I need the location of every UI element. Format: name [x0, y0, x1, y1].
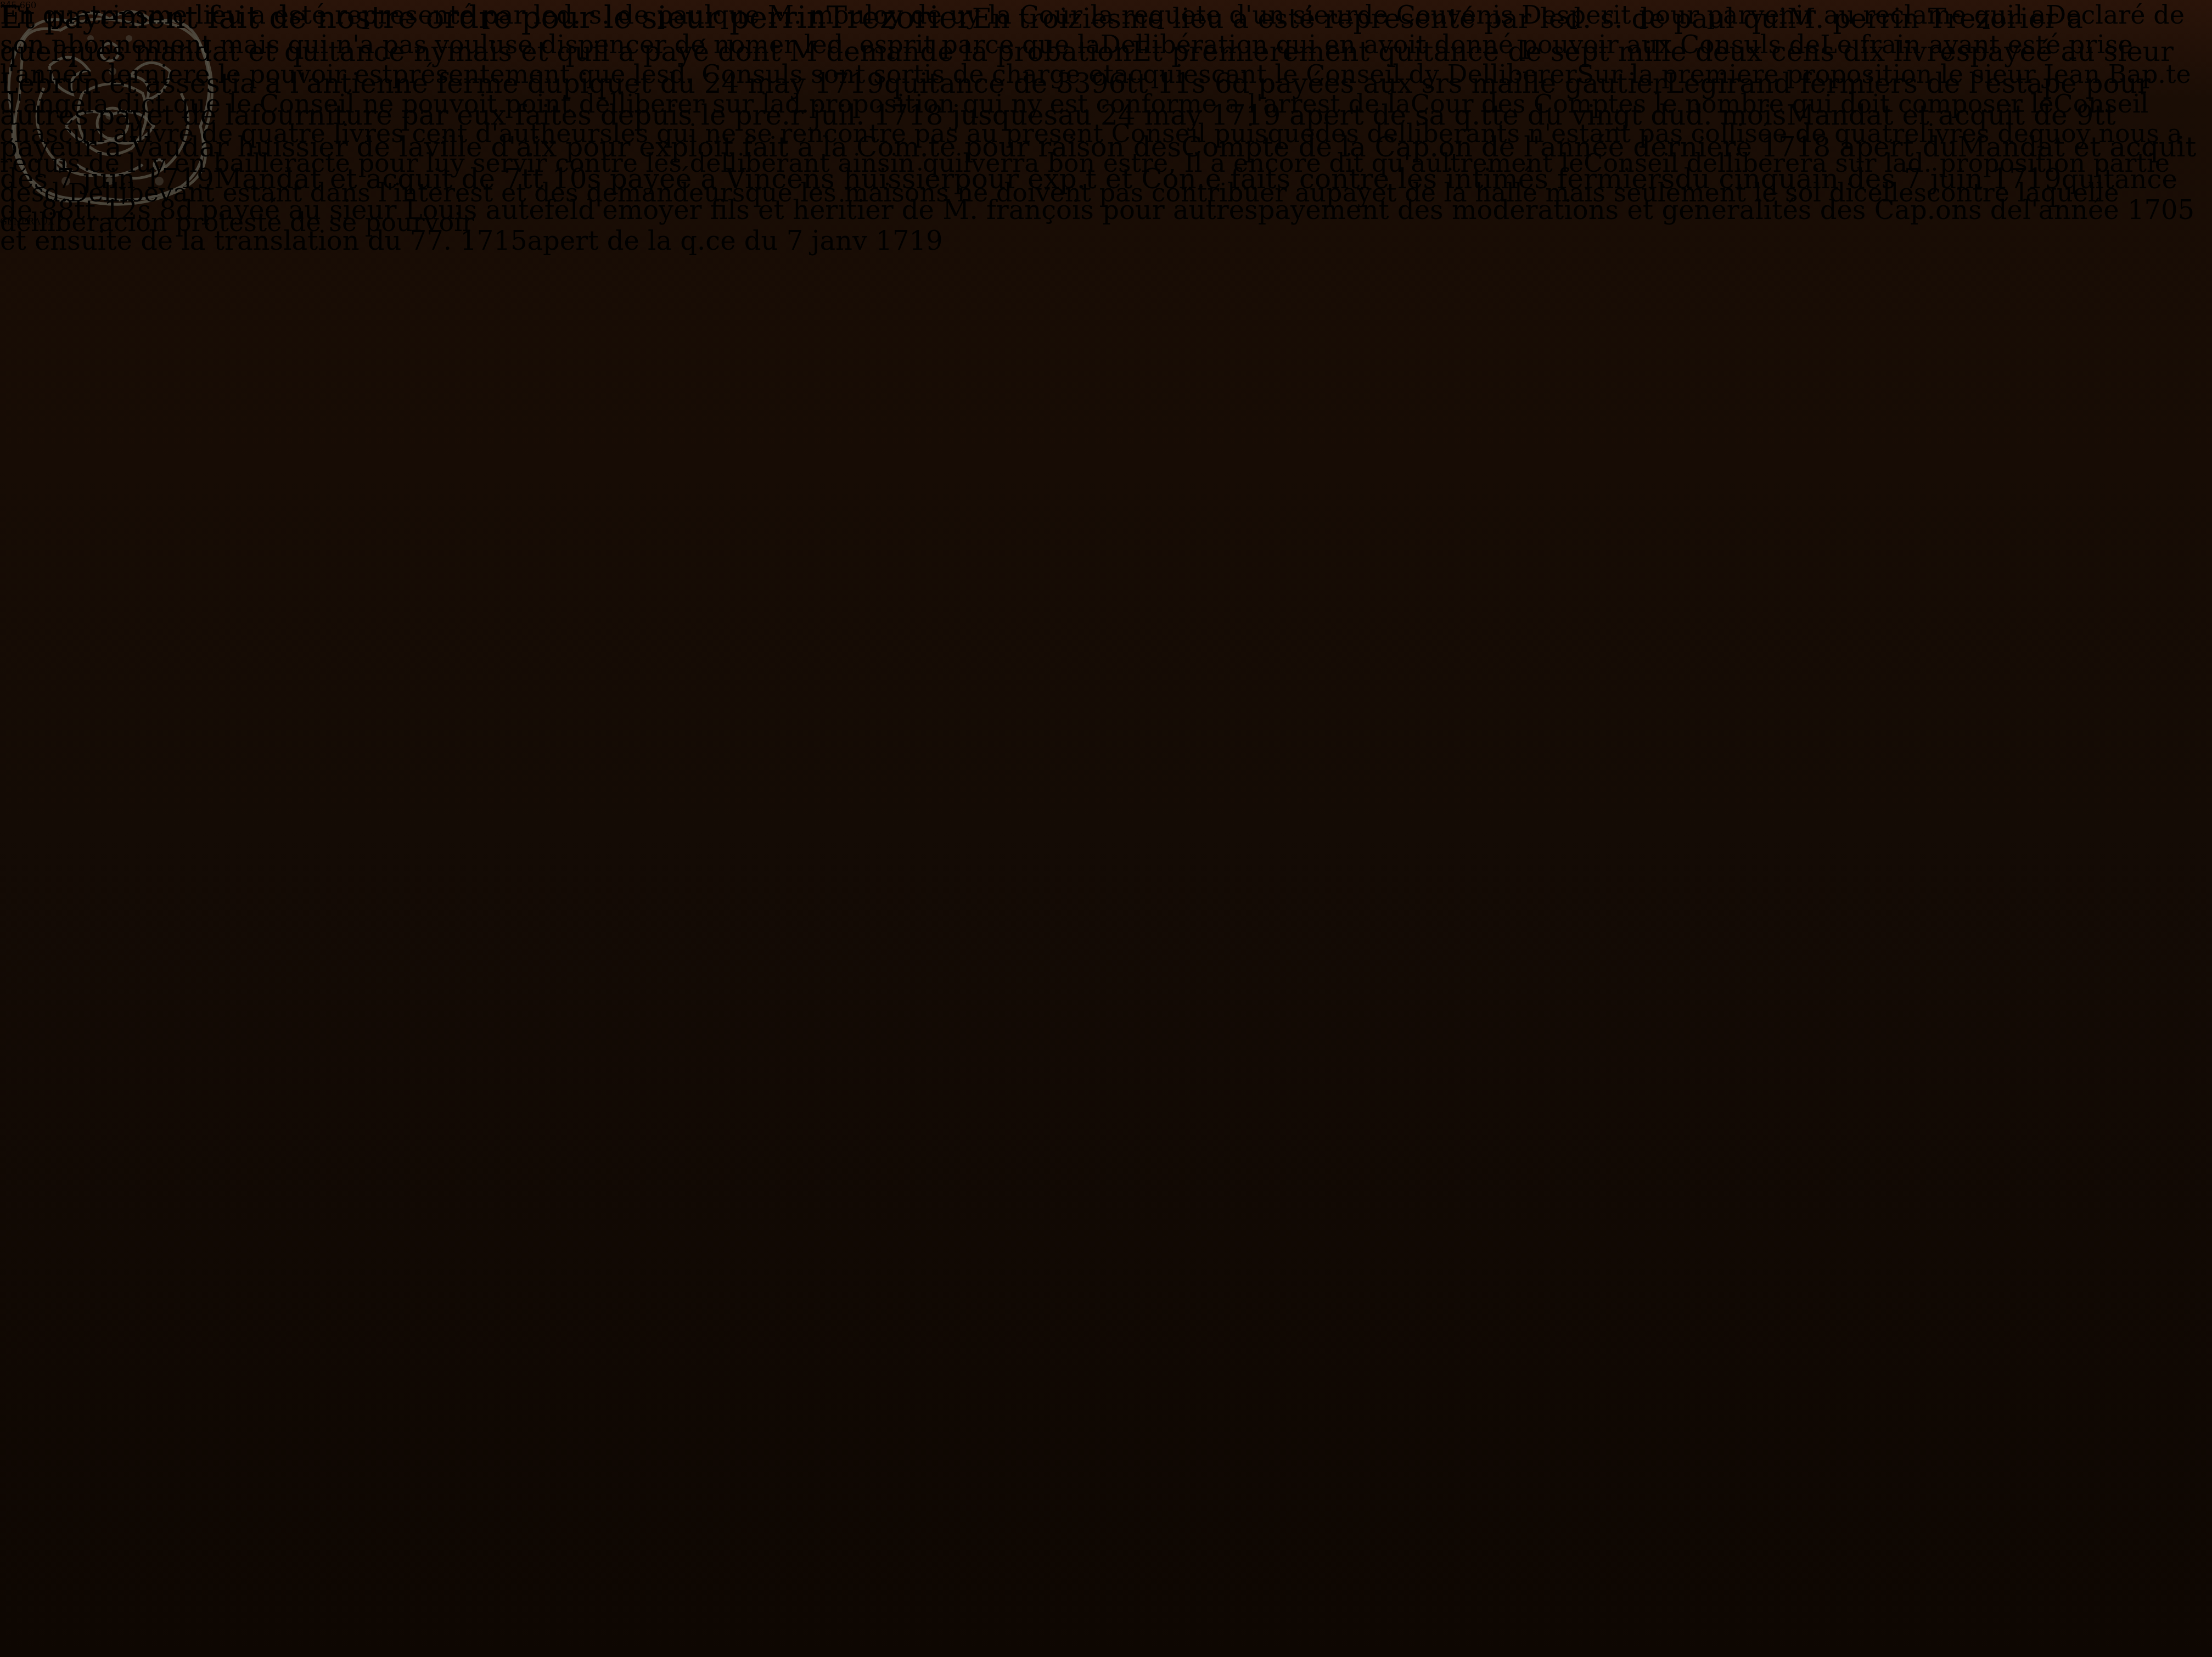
manuscript-line: présentement que lesd. Consuls sont sort…	[392, 59, 1114, 89]
manuscript-line: acte pour luy servir contre les delliber…	[296, 148, 971, 178]
photo-open-manuscript-register: GENERAUX 845 660 Et payement fait de nos…	[0, 0, 2212, 1657]
manuscript-line: Conseil chascun allivré de quatre livres…	[0, 89, 2148, 148]
manuscript-line: les qui ne se rencontre pas au present C…	[613, 119, 1315, 148]
manuscript-line: proposition qui ny est conforme a l'arre…	[809, 89, 1411, 119]
right-page-text: En quatriesme lieu a esté representé par…	[0, 0, 2212, 1657]
manuscript-line: payement des moderations et generalités …	[1258, 195, 2023, 226]
manuscript-line: apert de la q.ce du 7 janv 1719	[527, 226, 942, 256]
manuscript-line: livres dequoy nous a requis de luy en ba…	[0, 119, 2182, 178]
manuscript-line: pour exp.t et Con.e faits contre les int…	[954, 163, 1675, 195]
manuscript-line: du cinquain des 7 juin 1719	[1675, 163, 2061, 195]
manuscript-line: Conseil delliberera sur lad. proposition…	[0, 148, 2170, 207]
manuscript-line: contre laquelle delliberacion proteste d…	[0, 178, 2119, 237]
manuscript-line: payeé au sieur Lebrun et assestia a l'an…	[0, 36, 2174, 99]
manuscript-line: verra bon estre, Il a encore dit qu'ault…	[971, 148, 1584, 178]
manuscript-line: Mandat et acquit de 7tt 10s payeé a Vinc…	[214, 163, 954, 195]
manuscript-line: Mandat et acquit des 7 juin 1719	[0, 131, 2196, 195]
left-page-text: Et payement fait de nostre ordre pour le…	[0, 0, 2212, 1657]
manuscript-line: Compte de la Cap.on de l'année derniere …	[1181, 131, 1958, 163]
manuscript-line: des delliberants n'estant pas collisée d…	[1315, 119, 1919, 148]
manuscript-line: Mandat et acquit de 9tt payeur a Vaudar …	[0, 99, 2116, 163]
manuscript-line: que les maisons ne doivent pas contribue…	[745, 178, 1326, 207]
manuscript-line: quitance de 3396tt 11s 6d payées aux srs…	[884, 68, 1666, 99]
manuscript-line: Le frain ayant esté prise l'année dernie…	[0, 30, 2133, 89]
manuscript-line: ville d'aix pour exploit fait a la Com.t…	[424, 131, 1181, 163]
manuscript-line: mais et quil a payé dont M demande la pr…	[447, 36, 1132, 68]
fiscal-stamp-generaux: GENERAUX	[0, 0, 225, 227]
manuscript-line: payet de la halle mais seulement le sol …	[1326, 178, 1927, 207]
manuscript-line: Et premierement quitance de sept mille d…	[1132, 36, 1970, 68]
manuscript-line: piquet du 24 may 1719	[563, 68, 884, 99]
table-background-top	[0, 0, 2212, 38]
manuscript-line: Sur la premiere proposition le sieur Jea…	[0, 59, 2191, 119]
stamp-word-generaux: GENERAUX	[0, 216, 54, 227]
manuscript-line: quitance de 88tt 12s 8d payeé au sieur L…	[0, 164, 2177, 226]
right-page: GENERAUX 845 660	[0, 0, 36, 10]
manuscript-line: Cour des Comptes le nombre qui doit comp…	[1411, 89, 2054, 119]
manuscript-line: d'emoyer fils et heritier de M. françois…	[578, 195, 1257, 226]
manuscript-line: au 24 may 1719 apert de sa q.tte du ving…	[1058, 99, 1786, 131]
manuscript-line: acquiescant le Conseil dy Delliberer	[1114, 59, 1577, 89]
struck-words: des	[534, 178, 578, 207]
manuscript-line: l'année 1705 et ensuite de la translatio…	[0, 195, 2194, 256]
manuscript-line: fourniture par eux faites depuis le pre.…	[250, 99, 1058, 131]
manuscript-line: Legirand fermiers de l'estape pour autre…	[0, 68, 2151, 131]
